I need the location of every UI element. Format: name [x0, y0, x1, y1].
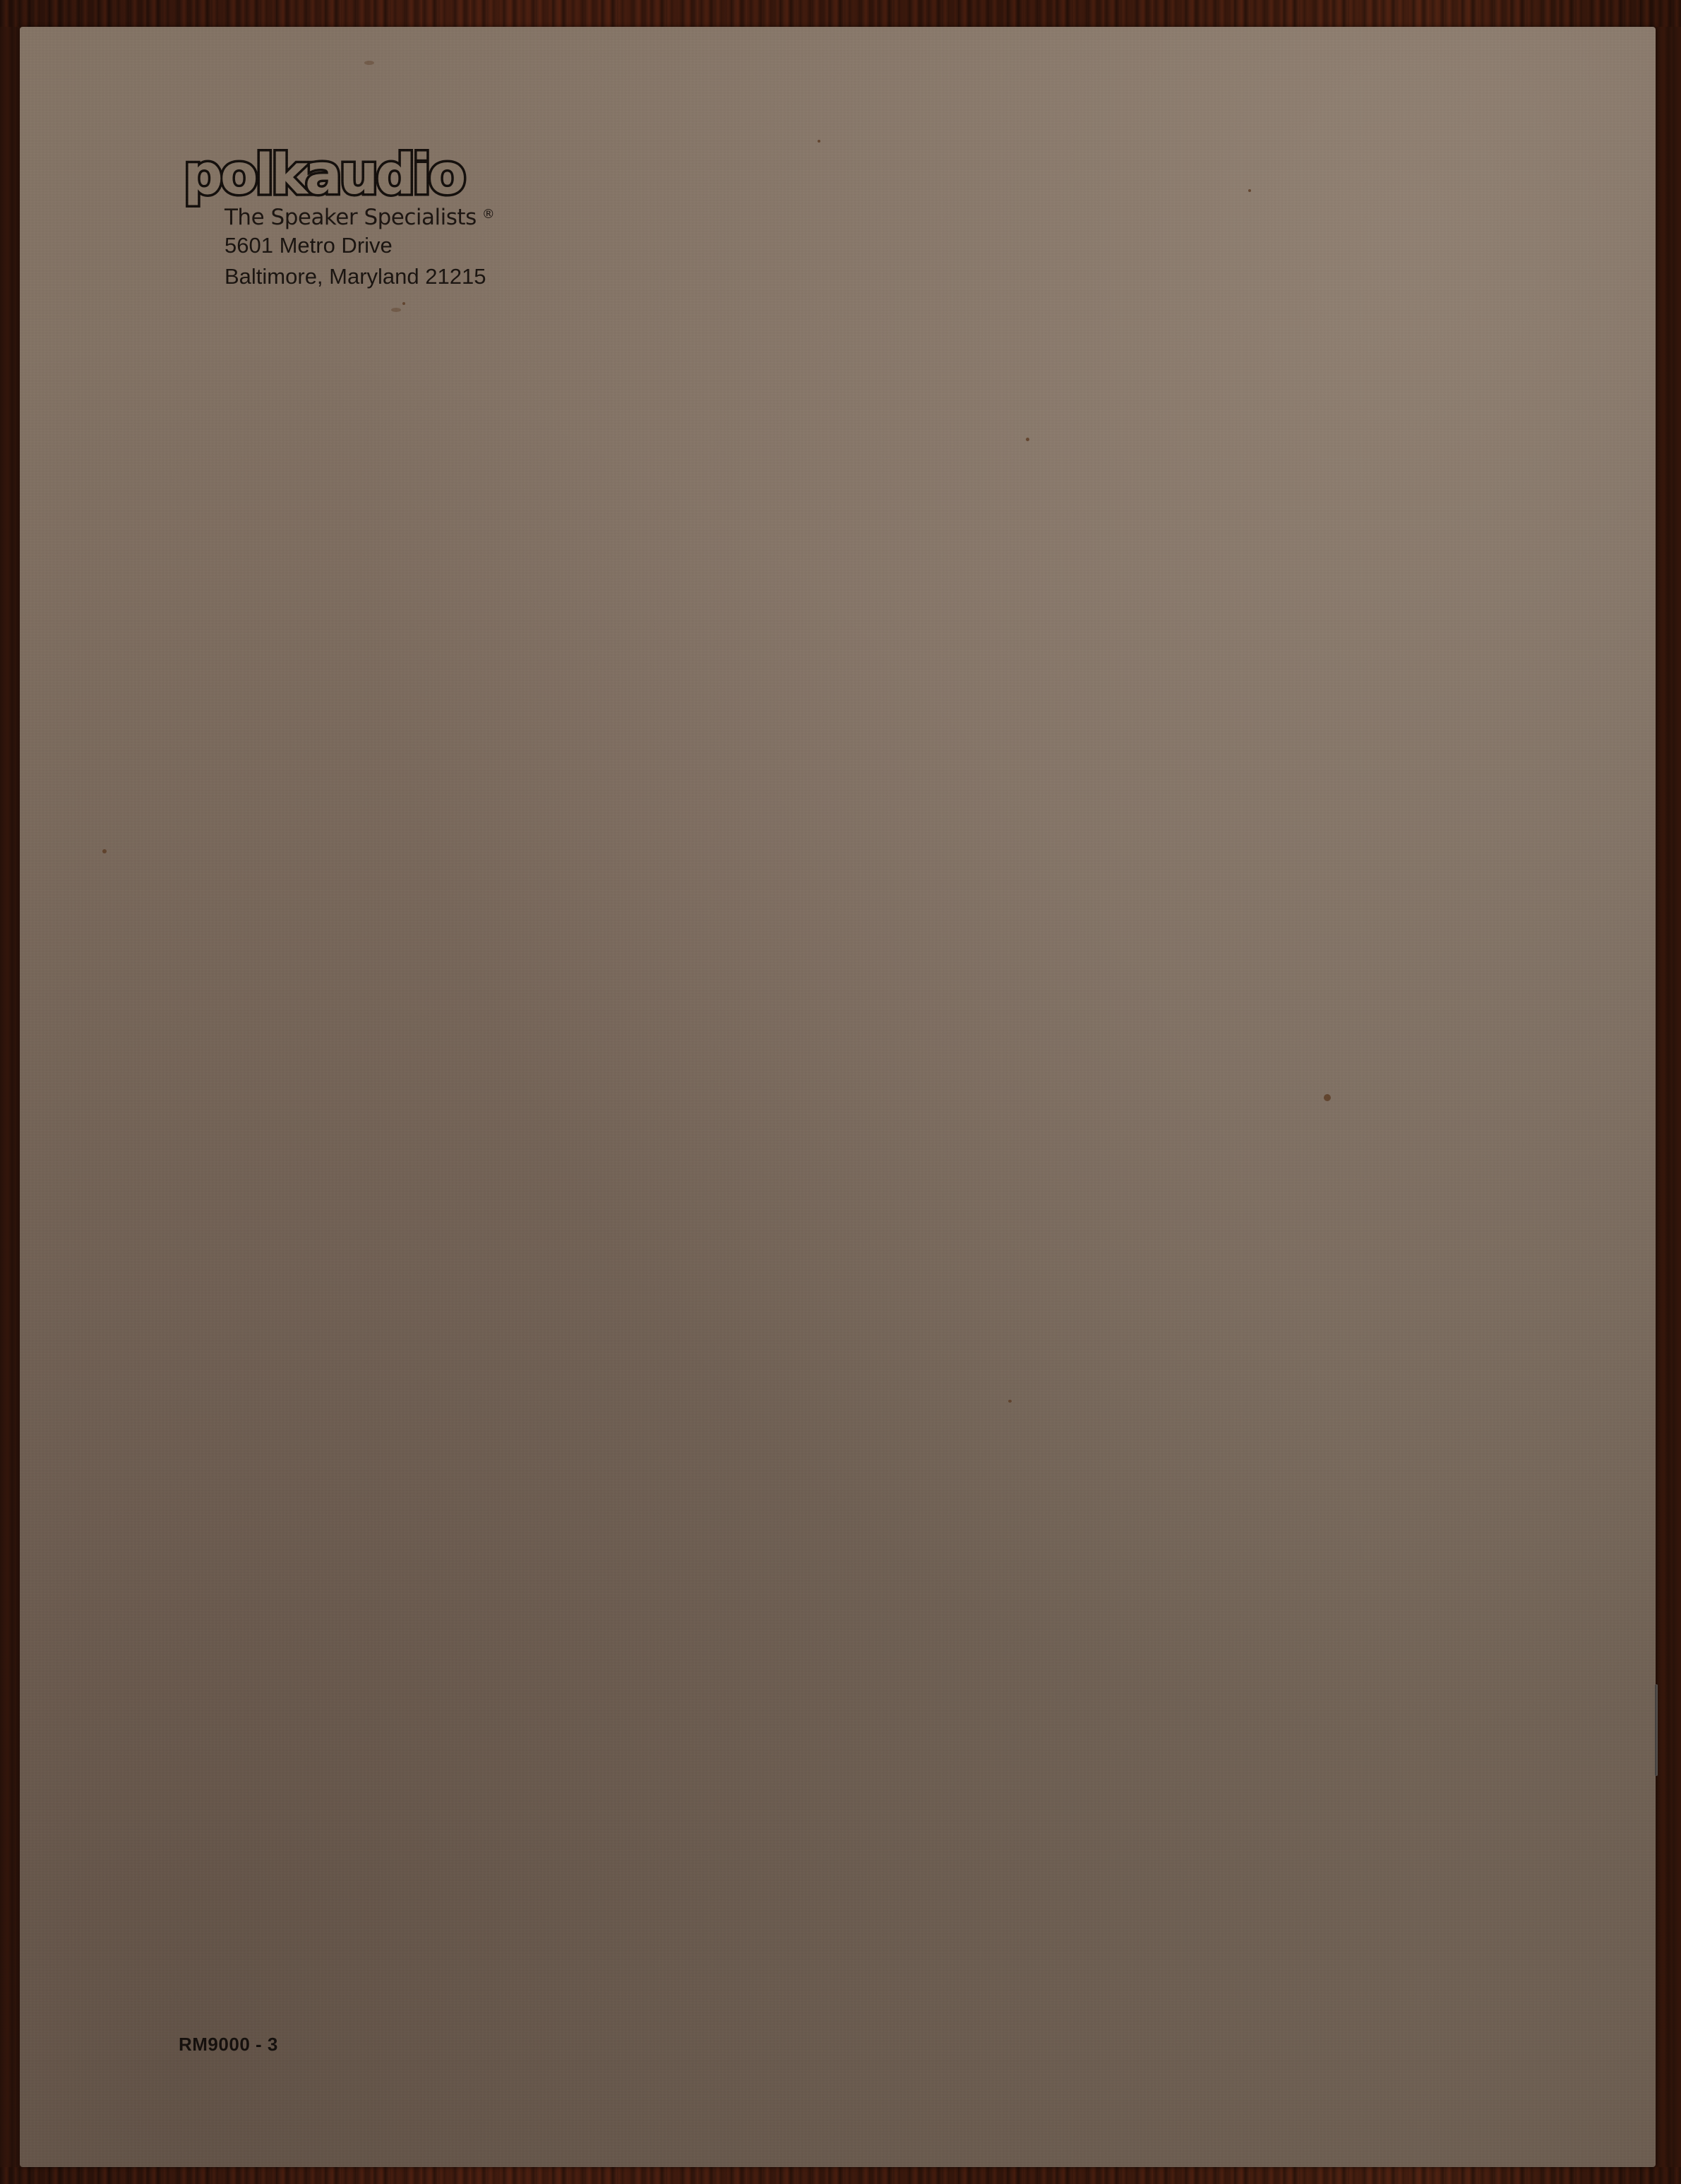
address-city-state-zip: Baltimore, Maryland 21215 — [225, 261, 494, 292]
letterhead: polkaudio The Speaker Specialists® 5601 … — [184, 147, 494, 292]
tagline: The Speaker Specialists® — [225, 205, 494, 230]
paper-speck — [1008, 1400, 1012, 1403]
paper-speck — [102, 849, 107, 853]
registered-trademark-icon: ® — [482, 207, 495, 222]
wood-surface-top — [0, 0, 1681, 27]
document-page: polkaudio The Speaker Specialists® 5601 … — [20, 27, 1656, 2167]
paper-speck — [402, 302, 405, 305]
form-code: RM9000 - 3 — [179, 2034, 278, 2056]
polk-audio-logo: polkaudio — [184, 147, 494, 203]
binding-edge — [1655, 1684, 1658, 1776]
paper-speck — [391, 308, 401, 312]
wood-surface-bottom — [0, 2167, 1681, 2184]
tagline-text: The Speaker Specialists — [225, 205, 477, 230]
paper-speck — [1026, 438, 1029, 441]
paper-speck — [1248, 189, 1251, 192]
paper-speck — [818, 140, 820, 143]
paper-speck — [1324, 1094, 1331, 1101]
paper-speck — [364, 61, 374, 65]
address-street: 5601 Metro Drive — [225, 230, 494, 261]
